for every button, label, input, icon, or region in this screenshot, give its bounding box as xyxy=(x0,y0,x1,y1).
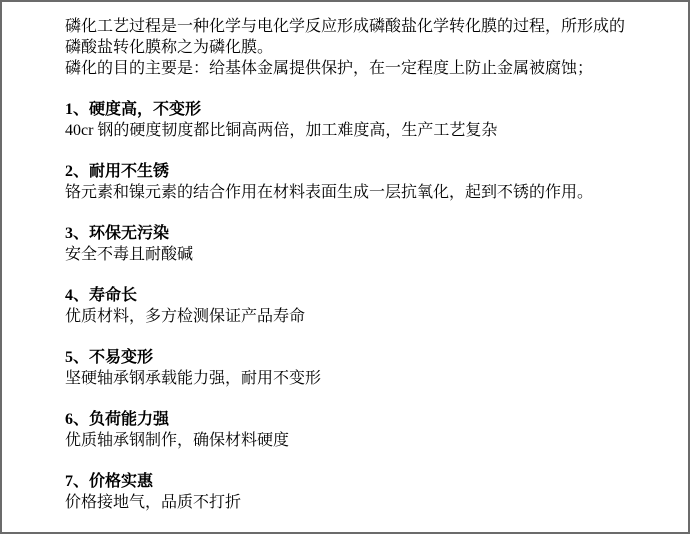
section-heading: 2、耐用不生锈 xyxy=(65,161,648,182)
intro-line: 磷化的目的主要是：给基体金属提供保护，在一定程度上防止金属被腐蚀； xyxy=(65,58,648,79)
section-heading: 4、寿命长 xyxy=(65,285,648,306)
intro-paragraph: 磷化工艺过程是一种化学与电化学反应形成磷酸盐化学转化膜的过程，所形成的 磷酸盐转… xyxy=(65,16,648,79)
section-rust-resistance: 2、耐用不生锈 铬元素和镍元素的结合作用在材料表面生成一层抗氧化，起到不锈的作用… xyxy=(65,161,648,203)
section-long-life: 4、寿命长 优质材料，多方检测保证产品寿命 xyxy=(65,285,648,327)
section-affordable-price: 7、价格实惠 价格接地气，品质不打折 xyxy=(65,471,648,513)
section-load-capacity: 6、负荷能力强 优质轴承钢制作，确保材料硬度 xyxy=(65,409,648,451)
section-body: 坚硬轴承钢承载能力强，耐用不变形 xyxy=(65,368,648,389)
section-body: 安全不毒且耐酸碱 xyxy=(65,244,648,265)
section-body: 优质轴承钢制作，确保材料硬度 xyxy=(65,430,648,451)
section-hardness: 1、硬度高，不变形 40cr 钢的硬度韧度都比铜高两倍，加工难度高，生产工艺复杂 xyxy=(65,99,648,141)
intro-line: 磷酸盐转化膜称之为磷化膜。 xyxy=(65,37,648,58)
section-body: 优质材料，多方检测保证产品寿命 xyxy=(65,306,648,327)
section-body: 铬元素和镍元素的结合作用在材料表面生成一层抗氧化，起到不锈的作用。 xyxy=(65,182,648,203)
section-heading: 5、不易变形 xyxy=(65,347,648,368)
intro-line: 磷化工艺过程是一种化学与电化学反应形成磷酸盐化学转化膜的过程，所形成的 xyxy=(65,16,648,37)
section-heading: 3、环保无污染 xyxy=(65,223,648,244)
section-no-deformation: 5、不易变形 坚硬轴承钢承载能力强，耐用不变形 xyxy=(65,347,648,389)
section-heading: 7、价格实惠 xyxy=(65,471,648,492)
document-page: 磷化工艺过程是一种化学与电化学反应形成磷酸盐化学转化膜的过程，所形成的 磷酸盐转… xyxy=(0,0,690,534)
section-heading: 6、负荷能力强 xyxy=(65,409,648,430)
section-body: 价格接地气，品质不打折 xyxy=(65,492,648,513)
section-heading: 1、硬度高，不变形 xyxy=(65,99,648,120)
section-body: 40cr 钢的硬度韧度都比铜高两倍，加工难度高，生产工艺复杂 xyxy=(65,120,648,141)
section-eco-friendly: 3、环保无污染 安全不毒且耐酸碱 xyxy=(65,223,648,265)
